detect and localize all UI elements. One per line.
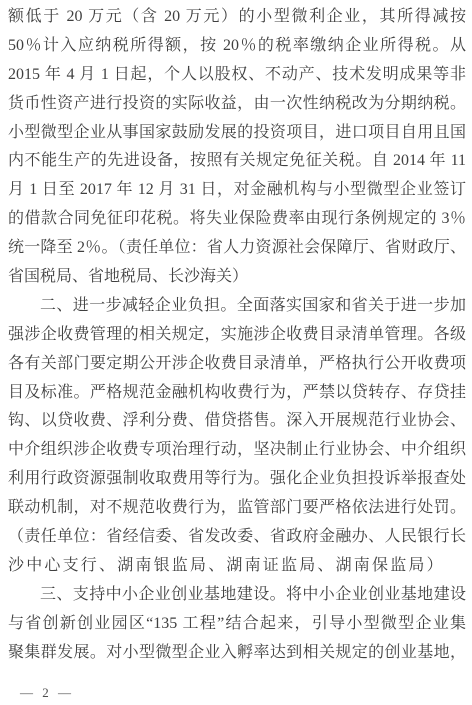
text-line: 三、支持中小企业创业基地建设。将中小企业创业基地建设 <box>8 581 466 610</box>
text-line: 省国税局、省地税局、长沙海关） <box>8 263 466 292</box>
text-line: 额低于 20 万元（含 20 万元）的小型微利企业，其所得减按 <box>8 3 466 32</box>
text-line: 聚集群发展。对小型微型企业入孵率达到相关规定的创业基地， <box>8 639 466 668</box>
text-line: 内不能生产的先进设备，按照有关规定免征关税。自 2014 年 11 <box>8 147 466 176</box>
page-footer: — 2 — <box>20 685 71 701</box>
text-line: 中介组织涉企收费专项治理行动，坚决制止行业协会、中介组织 <box>8 436 466 465</box>
text-line: 沙中心支行、湖南银监局、湖南证监局、湖南保监局） <box>8 552 466 581</box>
text-line: 钩、以贷收费、浮利分费、借贷搭售。深入开展规范行业协会、 <box>8 407 466 436</box>
text-line: 各有关部门要定期公开涉企收费目录清单，严格执行公开收费项 <box>8 350 466 379</box>
document-body: 额低于 20 万元（含 20 万元）的小型微利企业，其所得减按50％计入应纳税所… <box>8 3 466 667</box>
text-line: 强涉企收费管理的相关规定，实施涉企收费目录清单管理。各级 <box>8 321 466 350</box>
document-page: 额低于 20 万元（含 20 万元）的小型微利企业，其所得减按50％计入应纳税所… <box>0 0 472 705</box>
text-line: （责任单位：省经信委、省发改委、省政府金融办、人民银行长 <box>8 523 466 552</box>
text-line: 月 1 日至 2017 年 12 月 31 日，对金融机构与小型微型企业签订 <box>8 176 466 205</box>
text-line: 统一降至 2％。（责任单位：省人力资源社会保障厅、省财政厅、 <box>8 234 466 263</box>
text-line: 目及标准。严格规范金融机构收费行为，严禁以贷转存、存贷挂 <box>8 379 466 408</box>
text-line: 小型微型企业从事国家鼓励发展的投资项目，进口项目自用且国 <box>8 119 466 148</box>
text-line: 联动机制，对不规范收费行为，监管部门要严格依法进行处罚。 <box>8 494 466 523</box>
text-line: 与省创新创业园区“135 工程”结合起来，引导小型微型企业集 <box>8 610 466 639</box>
text-line: 的借款合同免征印花税。将失业保险费率由现行条例规定的 3％ <box>8 205 466 234</box>
text-line: 二、进一步减轻企业负担。全面落实国家和省关于进一步加 <box>8 292 466 321</box>
text-line: 货币性资产进行投资的实际收益，由一次性纳税改为分期纳税。 <box>8 90 466 119</box>
text-line: 2015 年 4 月 1 日起，个人以股权、不动产、技术发明成果等非 <box>8 61 466 90</box>
page-number: — 2 — <box>20 685 71 700</box>
text-line: 50％计入应纳税所得额，按 20％的税率缴纳企业所得税。从 <box>8 32 466 61</box>
text-line: 利用行政资源强制收取费用等行为。强化企业负担投诉举报查处 <box>8 465 466 494</box>
